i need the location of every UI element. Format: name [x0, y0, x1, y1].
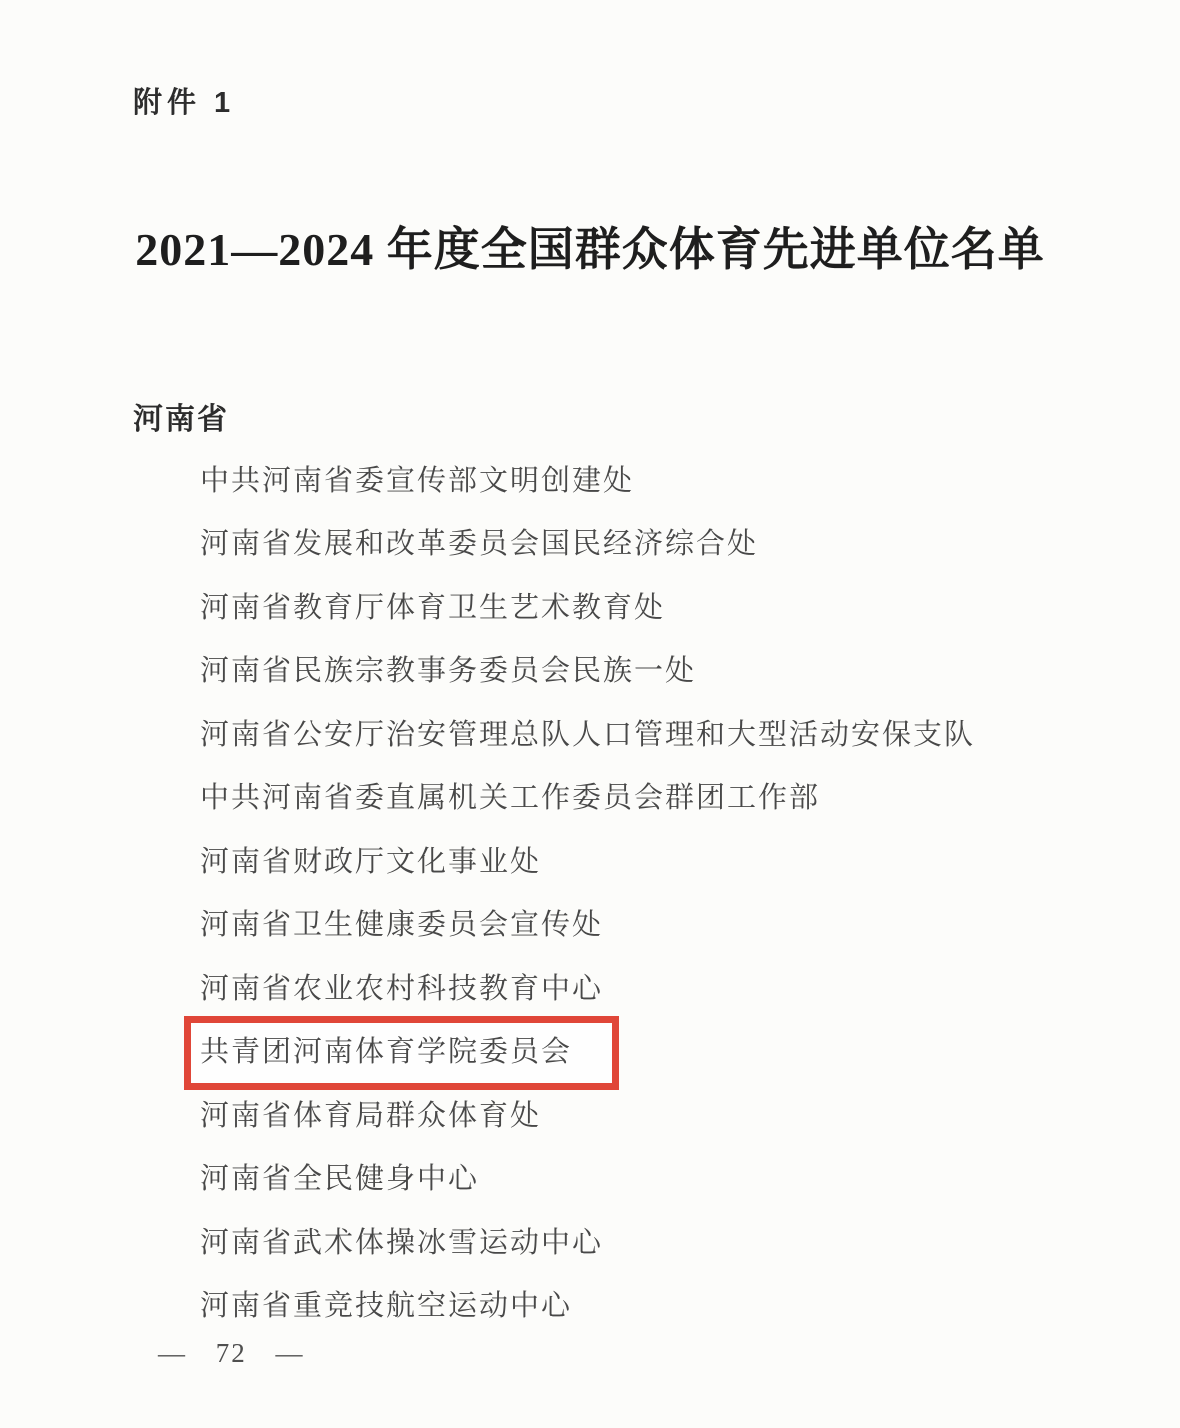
highlighted-org-name: 共青团河南体育学院委员会 [184, 1016, 619, 1090]
org-name: 中共河南省委直属机关工作委员会群团工作部 [200, 783, 820, 815]
org-list-item: 河南省全民健身中心 [200, 1149, 975, 1213]
org-name: 河南省发展和改革委员会国民经济综合处 [200, 529, 758, 561]
org-name: 河南省财政厅文化事业处 [200, 847, 541, 879]
org-list-item: 中共河南省委直属机关工作委员会群团工作部 [200, 768, 975, 832]
org-list-item: 中共河南省委宣传部文明创建处 [200, 450, 975, 514]
org-name: 河南省体育局群众体育处 [200, 1101, 541, 1133]
org-name: 河南省卫生健康委员会宣传处 [200, 910, 603, 942]
org-list-item: 河南省重竞技航空运动中心 [200, 1276, 975, 1340]
org-name: 河南省武术体操冰雪运动中心 [200, 1228, 603, 1260]
org-list-item: 河南省农业农村科技教育中心 [200, 958, 975, 1022]
attachment-label: 附件 1 [133, 80, 235, 121]
document-page: 附件 1 2021—2024 年度全国群众体育先进单位名单 河南省 中共河南省委… [0, 0, 1180, 1428]
org-list-item: 河南省武术体操冰雪运动中心 [200, 1212, 975, 1276]
org-list-item: 河南省卫生健康委员会宣传处 [200, 895, 975, 959]
org-list-item: 河南省民族宗教事务委员会民族一处 [200, 641, 975, 705]
org-list-item-highlighted: 共青团河南体育学院委员会 [200, 1022, 975, 1086]
org-name: 河南省民族宗教事务委员会民族一处 [200, 656, 696, 688]
org-list-item: 河南省财政厅文化事业处 [200, 831, 975, 895]
org-list-item: 河南省公安厅治安管理总队人口管理和大型活动安保支队 [200, 704, 975, 768]
org-name: 河南省公安厅治安管理总队人口管理和大型活动安保支队 [200, 720, 975, 752]
org-list-item: 河南省发展和改革委员会国民经济综合处 [200, 514, 975, 578]
org-name: 河南省教育厅体育卫生艺术教育处 [200, 593, 665, 625]
org-name: 河南省全民健身中心 [200, 1164, 479, 1196]
org-list-item: 河南省体育局群众体育处 [200, 1085, 975, 1149]
organization-list: 中共河南省委宣传部文明创建处河南省发展和改革委员会国民经济综合处河南省教育厅体育… [200, 450, 975, 1339]
org-name: 河南省农业农村科技教育中心 [200, 974, 603, 1006]
page-number: — 72 — [158, 1338, 305, 1369]
org-name: 河南省重竞技航空运动中心 [200, 1291, 572, 1323]
org-list-item: 河南省教育厅体育卫生艺术教育处 [200, 577, 975, 641]
document-title: 2021—2024 年度全国群众体育先进单位名单 [0, 213, 1180, 279]
org-name: 中共河南省委宣传部文明创建处 [200, 466, 634, 498]
province-section-header: 河南省 [133, 394, 229, 438]
